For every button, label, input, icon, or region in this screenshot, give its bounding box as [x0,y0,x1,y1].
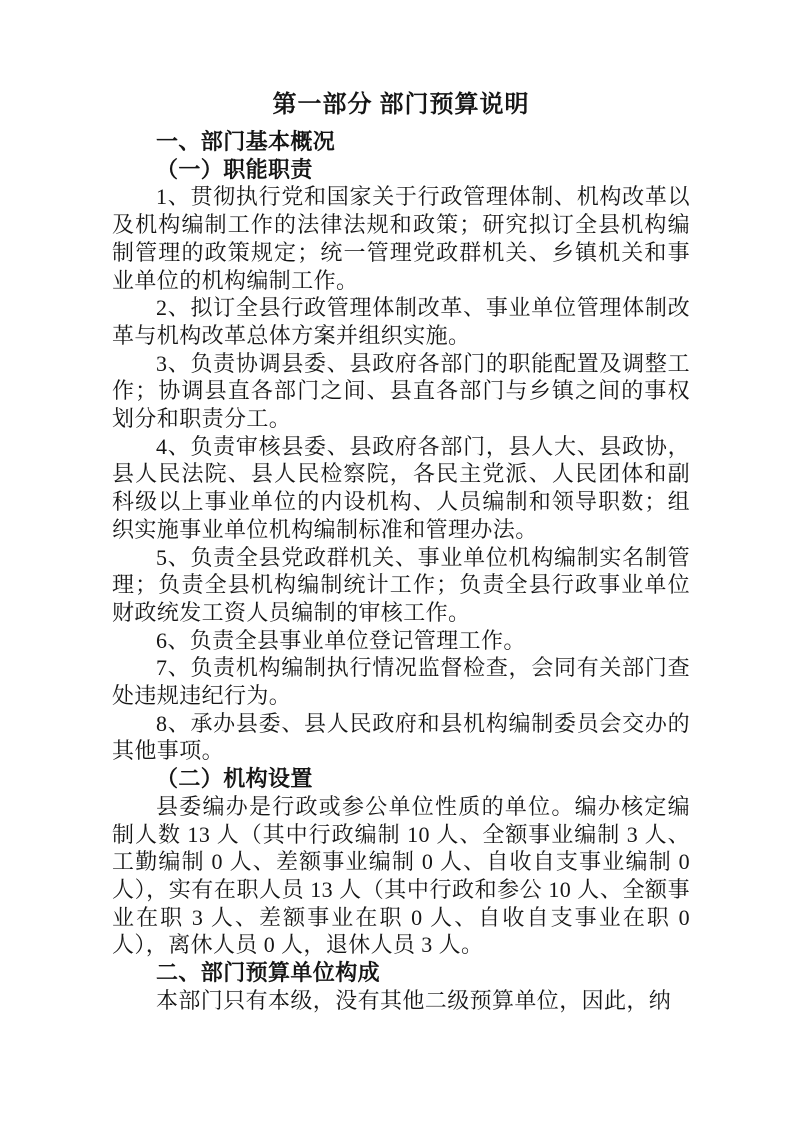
subsection-heading: （二）机构设置 [112,765,690,793]
paragraph: 1、贯彻执行党和国家关于行政管理体制、机构改革以及机构编制工作的法律法规和政策；… [112,183,690,294]
paragraph: 2、拟订全县行政管理体制改革、事业单位管理体制改革与机构改革总体方案并组织实施。 [112,294,690,349]
document-page: 第一部分 部门预算说明一、部门基本概况（一）职能职责1、贯彻执行党和国家关于行政… [0,0,793,1122]
document-title: 第一部分 部门预算说明 [112,88,690,122]
paragraph: 5、负责全县党政群机关、事业单位机构编制实名制管理；负责全县机构编制统计工作；负… [112,544,690,627]
section-heading: 一、部门基本概况 [112,128,690,156]
paragraph: 7、负责机构编制执行情况监督检查，会同有关部门查处违规违纪行为。 [112,654,690,709]
paragraph: 本部门只有本级，没有其他二级预算单位，因此，纳 [112,987,690,1015]
section-heading: 二、部门预算单位构成 [112,959,690,987]
page-content: 第一部分 部门预算说明一、部门基本概况（一）职能职责1、贯彻执行党和国家关于行政… [112,88,690,1015]
paragraph: 4、负责审核县委、县政府各部门，县人大、县政协，县人民法院、县人民检察院，各民主… [112,433,690,544]
paragraph: 6、负责全县事业单位登记管理工作。 [112,627,690,655]
subsection-heading: （一）职能职责 [112,156,690,184]
paragraph: 8、承办县委、县人民政府和县机构编制委员会交办的其他事项。 [112,710,690,765]
paragraph: 县委编办是行政或参公单位性质的单位。编办核定编制人数 13 人（其中行政编制 1… [112,793,690,959]
paragraph: 3、负责协调县委、县政府各部门的职能配置及调整工作；协调县直各部门之间、县直各部… [112,350,690,433]
